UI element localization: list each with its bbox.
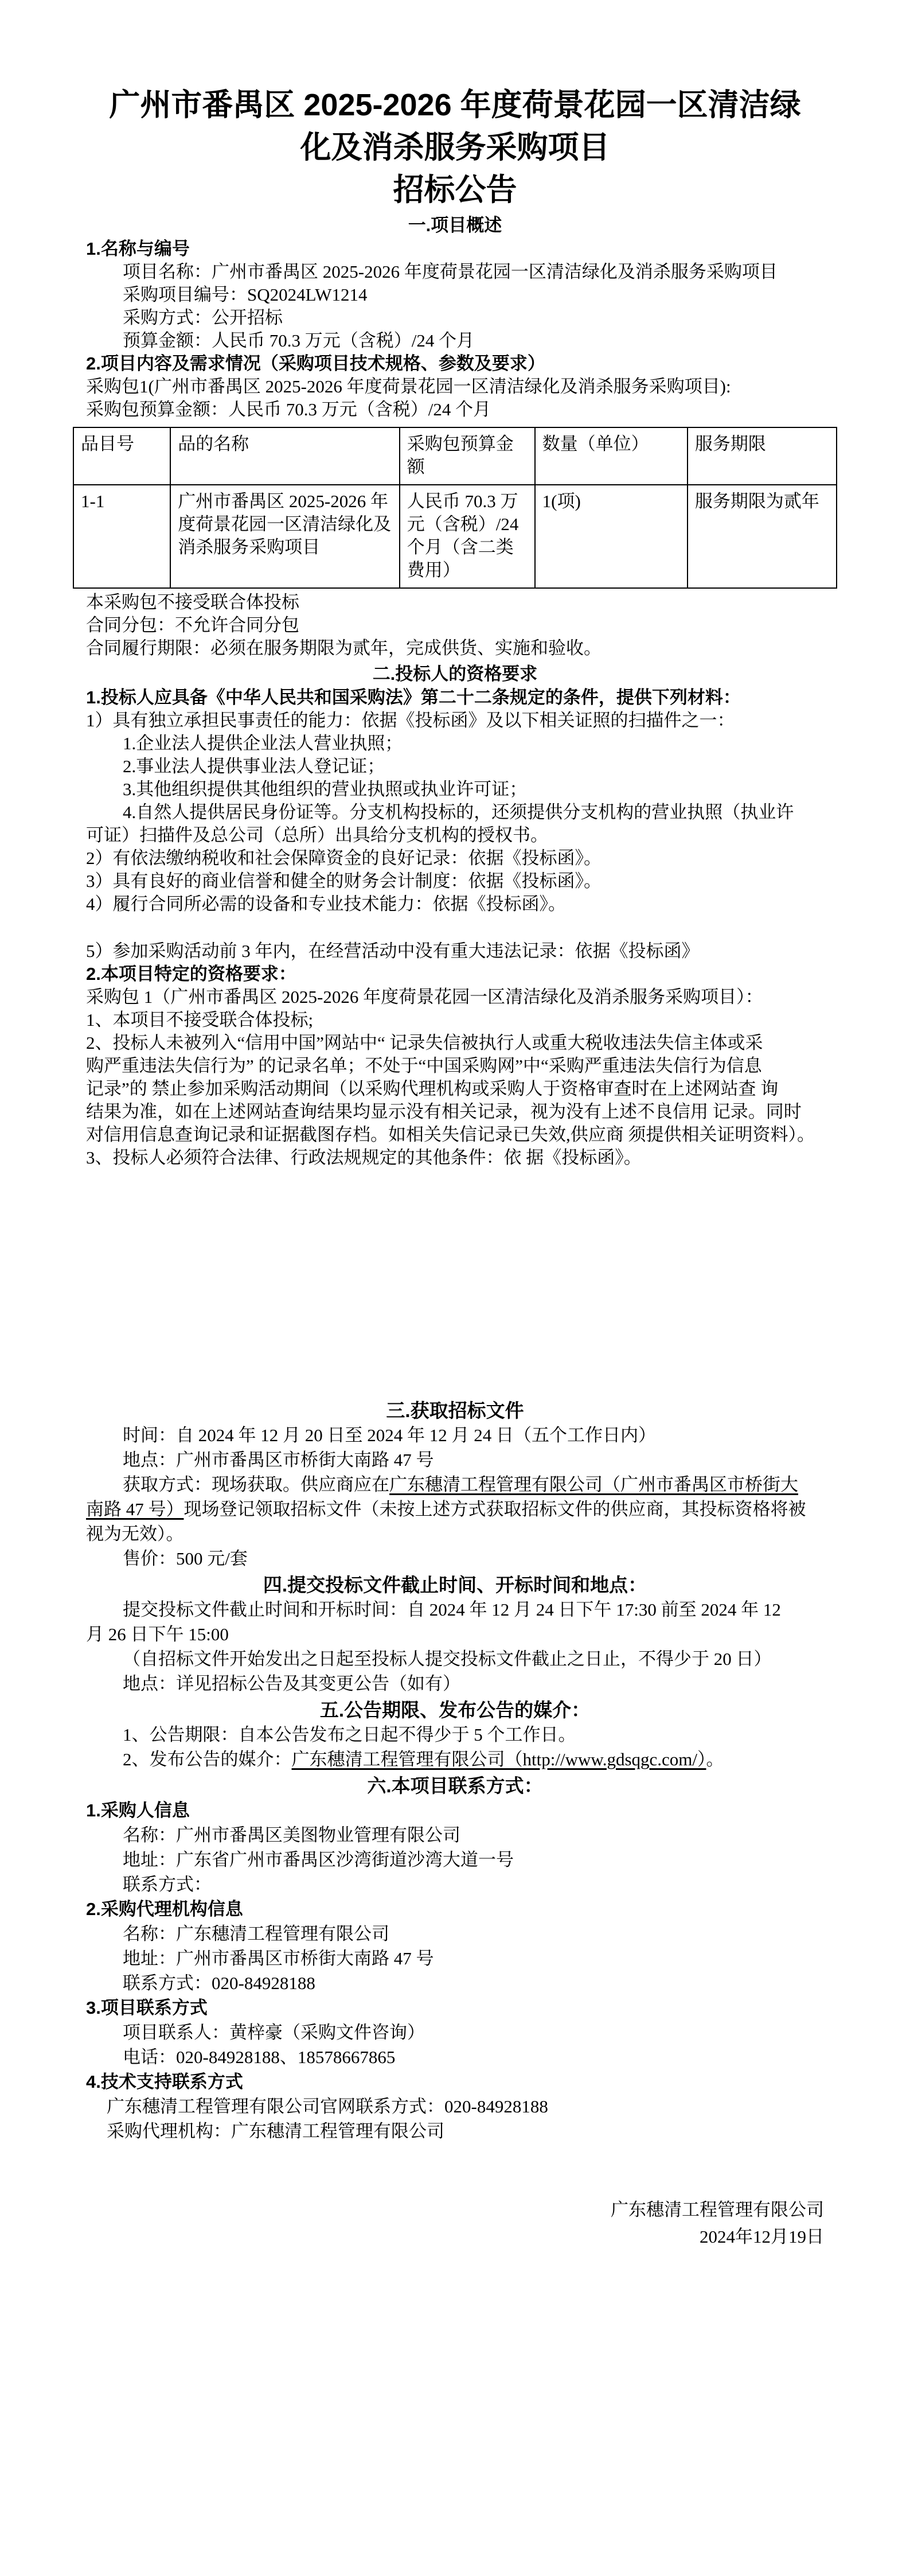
project-name-line: 项目名称：广州市番禺区 2025-2026 年度荷景花园一区清洁绿化及消杀服务采… xyxy=(86,260,824,283)
project-code-line: 采购项目编号：SQ2024LW1214 xyxy=(86,283,824,306)
specific-item-2-line-5: 对信用信息查询记录和证据截图存档。如相关失信记录已失效,供应商 须提供相关证明资… xyxy=(86,1123,824,1146)
announcement-media-line: 2、发布公告的媒介：广东穗清工程管理有限公司（http://www.gdsqgc… xyxy=(86,1747,824,1772)
announcement-period-line: 1、公告期限：自本公告发布之日起不得少于 5 个工作日。 xyxy=(86,1722,824,1747)
purchaser-name-line: 名称：广州市番禺区美图物业管理有限公司 xyxy=(86,1823,824,1847)
qualification-sub-2: 2.事业法人提供事业法人登记证； xyxy=(86,755,824,778)
title-line-2: 化及消杀服务采购项目 xyxy=(86,126,824,169)
qualification-item-3: 3）具有良好的商业信誉和健全的财务会计制度：依据《投标函》。 xyxy=(86,870,824,893)
signature-block: 广东穗清工程管理有限公司 2024年12月19日 xyxy=(86,2196,824,2250)
submission-deadline-line-2: 月 26 日下午 15:00 xyxy=(86,1622,824,1647)
section-heading-overview: 一.项目概述 xyxy=(86,213,824,238)
acquisition-method-text: 获取方式：现场获取。供应商应在 xyxy=(123,1474,389,1495)
section-heading-announcement: 五.公告期限、发布公告的媒介： xyxy=(86,1698,824,1722)
section-heading-qualification: 二.投标人的资格要求 xyxy=(86,662,824,686)
specific-qualification-heading: 2.本项目特定的资格要求： xyxy=(86,963,824,986)
specific-item-3: 3、投标人必须符合法律、行政法规规定的其他条件：依 据《投标函》。 xyxy=(86,1146,824,1169)
specific-item-1: 1、本项目不接受联合体投标; xyxy=(86,1009,824,1032)
project-phone-line: 电话：020-84928188、18578667865 xyxy=(86,2045,824,2069)
purchaser-address-line: 地址：广东省广州市番禺区沙湾街道沙湾大道一号 xyxy=(86,1847,824,1872)
table-header-row: 品目号 品的名称 采购包预算金额 数量（单位） 服务期限 xyxy=(73,427,837,485)
naming-heading: 1.名称与编号 xyxy=(86,238,824,260)
specific-package-line: 采购包 1（广州市番禺区 2025-2026 年度荷景花园一区清洁绿化及消杀服务… xyxy=(86,986,824,1009)
acquisition-method-line-2: 南路 47 号）现场登记领取招标文件（未按上述方式获取招标文件的供应商，其投标资… xyxy=(86,1497,824,1522)
budget-line: 预算金额：人民币 70.3 万元（含税）/24 个月 xyxy=(86,329,824,352)
qualification-sub-3: 3.其他组织提供其他组织的营业执照或执业许可证； xyxy=(86,778,824,801)
header-quantity: 数量（单位） xyxy=(535,427,688,485)
performance-period-line: 合同履行期限：必须在服务期限为贰年，完成供货、实施和验收。 xyxy=(86,637,824,660)
qualification-item-4: 4）履行合同所必需的设备和专业技术能力：依据《投标函》。 xyxy=(86,893,824,916)
qualification-sub-1: 1.企业法人提供企业法人营业执照； xyxy=(86,732,824,755)
tech-support-heading: 4.技术支持联系方式 xyxy=(86,2069,824,2094)
qualification-sub-4-line-1: 4.自然人提供居民身份证等。分支机构投标的，还须提供分支机构的营业执照（执业许 xyxy=(86,801,824,824)
cell-package-budget: 人民币 70.3 万元（含税）/24 个月（含二类费用） xyxy=(400,485,535,588)
header-service-period: 服务期限 xyxy=(688,427,837,485)
procurement-method-line: 采购方式：公开招标 xyxy=(86,306,824,329)
signature-company: 广东穗清工程管理有限公司 xyxy=(86,2196,824,2223)
header-package-budget: 采购包预算金额 xyxy=(400,427,535,485)
acquisition-time-line: 时间：自 2024 年 12 月 20 日至 2024 年 12 月 24 日（… xyxy=(86,1423,824,1447)
content-requirements-heading: 2.项目内容及需求情况（采购项目技术规格、参数及要求） xyxy=(86,352,824,375)
cell-service-period: 服务期限为贰年 xyxy=(688,485,837,588)
cell-item-no: 1-1 xyxy=(73,485,170,588)
no-consortium-line: 本采购包不接受联合体投标 xyxy=(86,591,824,614)
acquisition-method-text-cont: 现场登记领取招标文件（未按上述方式获取招标文件的供应商，其投标资格将被 xyxy=(184,1499,806,1519)
agency-address-underline-cont: 南路 47 号） xyxy=(86,1499,184,1519)
cell-item-name: 广州市番禺区 2025-2026 年度荷景花园一区清洁绿化及消杀服务采购项目 xyxy=(170,485,400,588)
media-website-link[interactable]: 广东穗清工程管理有限公司（http://www.gdsqgc.com/） xyxy=(292,1749,706,1769)
qualification-item-2: 2）有依法缴纳税收和社会保障资金的良好记录：依据《投标函》。 xyxy=(86,847,824,870)
specific-item-2-line-1: 2、投标人未被列入“信用中国”网站中“ 记录失信被执行人或重大税收违法失信主体或… xyxy=(86,1032,824,1054)
acquisition-method-line-1: 获取方式：现场获取。供应商应在广东穗清工程管理有限公司（广州市番禺区市桥街大 xyxy=(86,1472,824,1497)
agency-name-line: 名称：广东穗清工程管理有限公司 xyxy=(86,1921,824,1946)
cell-quantity: 1(项) xyxy=(535,485,688,588)
specific-item-2-line-2: 购严重违法失信行为” 的记录名单；不处于“中国采购网”中“采购严重违法失信行为信… xyxy=(86,1054,824,1077)
document-subtitle: 招标公告 xyxy=(86,169,824,211)
section-heading-contacts: 六.本项目联系方式： xyxy=(86,1774,824,1798)
document-price-line: 售价：500 元/套 xyxy=(86,1546,824,1571)
acquisition-method-line-3: 视为无效）。 xyxy=(86,1522,824,1546)
title-line-1: 广州市番禺区 2025-2026 年度荷景花园一区清洁绿 xyxy=(86,84,824,126)
qualification-sub-4-line-2: 可证）扫描件及总公司（总所）出具给分支机构的授权书。 xyxy=(86,824,824,847)
submission-place-line: 地点：详见招标公告及其变更公告（如有） xyxy=(86,1671,824,1696)
media-prefix: 2、发布公告的媒介： xyxy=(123,1749,292,1769)
project-contact-person-line: 项目联系人：黄梓豪（采购文件咨询） xyxy=(86,2020,824,2045)
package-budget-line: 采购包预算金额：人民币 70.3 万元（含税）/24 个月 xyxy=(86,398,824,421)
package-line: 采购包1(广州市番禺区 2025-2026 年度荷景花园一区清洁绿化及消杀服务采… xyxy=(86,375,824,398)
section-heading-submission: 四.提交投标文件截止时间、开标时间和地点： xyxy=(86,1573,824,1597)
specific-item-2-line-3: 记录”的 禁止参加采购活动期间（以采购代理机构或采购人于资格审查时在上述网站查 … xyxy=(86,1077,824,1100)
tech-support-line-1: 广东穗清工程管理有限公司官网联系方式：020-84928188 xyxy=(86,2094,824,2119)
subcontract-line: 合同分包：不允许合同分包 xyxy=(86,614,824,637)
agency-info-heading: 2.采购代理机构信息 xyxy=(86,1897,824,1921)
media-suffix: 。 xyxy=(706,1749,724,1769)
acquisition-place-line: 地点：广州市番禺区市桥街大南路 47 号 xyxy=(86,1447,824,1472)
signature-date: 2024年12月19日 xyxy=(86,2223,824,2250)
submission-note-line: （自招标文件开始发出之日起至投标人提交投标文件截止之日止，不得少于 20 日） xyxy=(86,1647,824,1671)
qualification-h1: 1.投标人应具备《中华人民共和国采购法》第二十二条规定的条件，提供下列材料： xyxy=(86,686,824,709)
document-title: 广州市番禺区 2025-2026 年度荷景花园一区清洁绿 化及消杀服务采购项目 … xyxy=(86,0,824,211)
section-heading-acquisition: 三.获取招标文件 xyxy=(86,1399,824,1423)
submission-deadline-line-1: 提交投标文件截止时间和开标时间：自 2024 年 12 月 24 日下午 17:… xyxy=(86,1597,824,1622)
header-item-no: 品目号 xyxy=(73,427,170,485)
purchaser-contact-line: 联系方式： xyxy=(86,1872,824,1897)
project-contact-heading: 3.项目联系方式 xyxy=(86,1995,824,2020)
qualification-item-5: 5）参加采购活动前 3 年内，在经营活动中没有重大违法记录：依据《投标函》 xyxy=(86,940,824,963)
specific-item-2-line-4: 结果为准，如在上述网站查询结果均显示没有相关记录，视为没有上述不良信用 记录。同… xyxy=(86,1100,824,1123)
table-row: 1-1 广州市番禺区 2025-2026 年度荷景花园一区清洁绿化及消杀服务采购… xyxy=(73,485,837,588)
qualification-item-1: 1）具有独立承担民事责任的能力：依据《投标函》及以下相关证照的扫描件之一： xyxy=(86,709,824,732)
header-item-name: 品的名称 xyxy=(170,427,400,485)
tech-support-line-2: 采购代理机构：广东穗清工程管理有限公司 xyxy=(86,2119,824,2143)
purchaser-info-heading: 1.采购人信息 xyxy=(86,1798,824,1823)
agency-address-line: 地址：广州市番禺区市桥街大南路 47 号 xyxy=(86,1946,824,1971)
agency-contact-line: 联系方式：020-84928188 xyxy=(86,1971,824,1995)
agency-address-underline: 广东穗清工程管理有限公司（广州市番禺区市桥街大 xyxy=(389,1474,798,1495)
tender-announcement-document: 广州市番禺区 2025-2026 年度荷景花园一区清洁绿 化及消杀服务采购项目 … xyxy=(0,0,910,2250)
items-table: 品目号 品的名称 采购包预算金额 数量（单位） 服务期限 1-1 广州市番禺区 … xyxy=(73,427,837,589)
